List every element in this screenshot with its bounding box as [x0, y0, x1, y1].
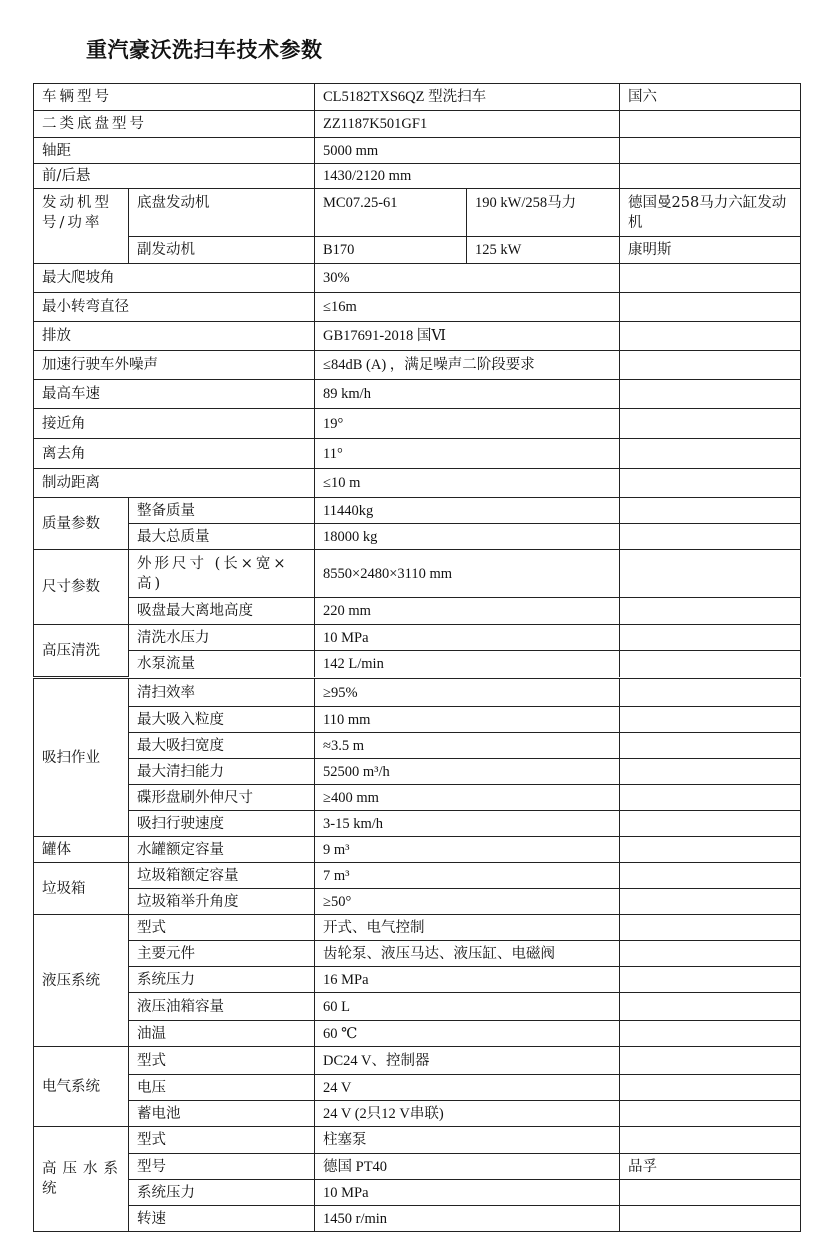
table-row: 接近角 19° [34, 409, 801, 439]
group-label: 质量参数 [34, 498, 129, 550]
row-value: ≈3.5 m [315, 733, 620, 759]
row-label: 排放 [34, 322, 315, 351]
table-row: 油温 60 ℃ [34, 1021, 801, 1047]
row-label: 二类底盘型号 [34, 111, 315, 138]
group-label: 尺寸参数 [34, 550, 129, 625]
engine-power: 125 kW [467, 237, 620, 264]
table-row: 垃圾箱举升角度 ≥50° [34, 889, 801, 915]
row-value: 柱塞泵 [315, 1127, 620, 1154]
table-row: 加速行驶车外噪声 ≤84dB (A) ，满足噪声二阶段要求 [34, 351, 801, 380]
table-row: 最大吸入粒度 110 mm [34, 707, 801, 733]
engine-model: MC07.25-61 [315, 189, 467, 237]
row-label: 液压油箱容量 [129, 993, 315, 1021]
engine-power: 190 kW/258马力 [467, 189, 620, 237]
row-value: 齿轮泵、液压马达、液压缸、电磁阀 [315, 941, 620, 967]
row-note [620, 707, 801, 733]
table-row: 型号 德国 PT40 品孚 [34, 1154, 801, 1180]
row-value: 5000 mm [315, 138, 620, 164]
row-note [620, 941, 801, 967]
row-value: 1430/2120 mm [315, 164, 620, 189]
row-label: 吸盘最大离地高度 [129, 598, 315, 625]
row-value: 3-15 km/h [315, 811, 620, 837]
row-label: 制动距离 [34, 469, 315, 498]
row-value: 10 MPa [315, 1180, 620, 1206]
row-value: 18000 kg [315, 524, 620, 550]
row-value: ≤16m [315, 293, 620, 322]
group-label: 高压水系统 [34, 1127, 129, 1232]
table-row: 垃圾箱 垃圾箱额定容量 7 m³ [34, 863, 801, 889]
row-value: ≥50° [315, 889, 620, 915]
row-label: 最大总质量 [129, 524, 315, 550]
row-value: 30% [315, 264, 620, 293]
engine-sub: 底盘发动机 [129, 189, 315, 237]
group-label: 液压系统 [34, 915, 129, 1047]
row-value: ≥400 mm [315, 785, 620, 811]
row-note [620, 1127, 801, 1154]
row-note [620, 863, 801, 889]
row-value: 1450 r/min [315, 1206, 620, 1232]
table-row: 罐体 水罐额定容量 9 m³ [34, 837, 801, 863]
engine-note: 德国曼258马力六缸发动机 [620, 189, 801, 237]
row-value: ≤10 m [315, 469, 620, 498]
row-label: 碟形盘刷外伸尺寸 [129, 785, 315, 811]
row-value: DC24 V、控制器 [315, 1047, 620, 1075]
table-row: 主要元件 齿轮泵、液压马达、液压缸、电磁阀 [34, 941, 801, 967]
row-label: 整备质量 [129, 498, 315, 524]
row-note [620, 164, 801, 189]
row-note: 国六 [620, 84, 801, 111]
page-title: 重汽豪沃洗扫车技术参数 [86, 34, 323, 64]
table-row: 前/后悬 1430/2120 mm [34, 164, 801, 189]
row-value: 220 mm [315, 598, 620, 625]
row-value: 19° [315, 409, 620, 439]
row-label: 轴距 [34, 138, 315, 164]
row-note [620, 1075, 801, 1101]
row-label: 前/后悬 [34, 164, 315, 189]
spec-table-2: 吸扫作业 清扫效率 ≥95% 最大吸入粒度 110 mm 最大吸扫宽度 ≈3.5… [33, 678, 801, 1232]
group-label: 电气系统 [34, 1047, 129, 1127]
row-label: 系统压力 [129, 967, 315, 993]
row-label: 型式 [129, 1127, 315, 1154]
row-label: 离去角 [34, 439, 315, 469]
row-value: 10 MPa [315, 625, 620, 651]
row-label: 系统压力 [129, 1180, 315, 1206]
row-note [620, 679, 801, 707]
table-row: 吸扫行驶速度 3-15 km/h [34, 811, 801, 837]
row-label: 最高车速 [34, 380, 315, 409]
table-row: 发动机型号/功率 底盘发动机 MC07.25-61 190 kW/258马力 德… [34, 189, 801, 237]
row-note [620, 915, 801, 941]
row-value: 16 MPa [315, 967, 620, 993]
row-value: 德国 PT40 [315, 1154, 620, 1180]
table-row: 液压油箱容量 60 L [34, 993, 801, 1021]
row-label: 清洗水压力 [129, 625, 315, 651]
row-note [620, 785, 801, 811]
table-row: 质量参数 整备质量 11440kg [34, 498, 801, 524]
row-value: 7 m³ [315, 863, 620, 889]
spec-table-1: 车辆型号 CL5182TXS6QZ 型洗扫车 国六 二类底盘型号 ZZ1187K… [33, 83, 801, 677]
table-row: 高压清洗 清洗水压力 10 MPa [34, 625, 801, 651]
row-label: 型式 [129, 915, 315, 941]
row-note [620, 1206, 801, 1232]
row-label: 型式 [129, 1047, 315, 1075]
table-row: 水泵流量 142 L/min [34, 651, 801, 677]
table-row: 最小转弯直径 ≤16m [34, 293, 801, 322]
group-label: 高压清洗 [34, 625, 129, 677]
row-note [620, 759, 801, 785]
row-label: 最大吸扫宽度 [129, 733, 315, 759]
row-value: CL5182TXS6QZ 型洗扫车 [315, 84, 620, 111]
row-value: 11440kg [315, 498, 620, 524]
row-note [620, 889, 801, 915]
table-row: 吸盘最大离地高度 220 mm [34, 598, 801, 625]
row-label: 最大清扫能力 [129, 759, 315, 785]
table-row: 碟形盘刷外伸尺寸 ≥400 mm [34, 785, 801, 811]
table-row: 液压系统 型式 开式、电气控制 [34, 915, 801, 941]
group-label: 垃圾箱 [34, 863, 129, 915]
row-label: 最大吸入粒度 [129, 707, 315, 733]
table-row: 最大总质量 18000 kg [34, 524, 801, 550]
group-label: 吸扫作业 [34, 679, 129, 837]
table-row: 最高车速 89 km/h [34, 380, 801, 409]
row-value: 60 L [315, 993, 620, 1021]
row-note [620, 837, 801, 863]
row-value: ZZ1187K501GF1 [315, 111, 620, 138]
engine-label: 发动机型号/功率 [34, 189, 129, 264]
row-note [620, 733, 801, 759]
table-row: 轴距 5000 mm [34, 138, 801, 164]
table-row: 电压 24 V [34, 1075, 801, 1101]
row-label: 水罐额定容量 [129, 837, 315, 863]
row-note [620, 138, 801, 164]
table-row: 最大吸扫宽度 ≈3.5 m [34, 733, 801, 759]
row-value: 9 m³ [315, 837, 620, 863]
table-row: 最大爬坡角 30% [34, 264, 801, 293]
row-label: 最小转弯直径 [34, 293, 315, 322]
row-label: 外形尺寸 (长×宽× 高) [129, 550, 315, 598]
table-row: 排放 GB17691-2018 国Ⅵ [34, 322, 801, 351]
table-row: 离去角 11° [34, 439, 801, 469]
engine-note: 康明斯 [620, 237, 801, 264]
row-value: 110 mm [315, 707, 620, 733]
row-value: ≤84dB (A) ，满足噪声二阶段要求 [315, 351, 620, 380]
table-row: 系统压力 16 MPa [34, 967, 801, 993]
table-row: 副发动机 B170 125 kW 康明斯 [34, 237, 801, 264]
row-note [620, 1180, 801, 1206]
table-row: 蓄电池 24 V (2只12 V串联) [34, 1101, 801, 1127]
row-label: 蓄电池 [129, 1101, 315, 1127]
table-row: 吸扫作业 清扫效率 ≥95% [34, 679, 801, 707]
row-label: 清扫效率 [129, 679, 315, 707]
table-row: 制动距离 ≤10 m [34, 469, 801, 498]
row-value: 52500 m³/h [315, 759, 620, 785]
row-value: 142 L/min [315, 651, 620, 677]
row-note: 品孚 [620, 1154, 801, 1180]
group-label: 罐体 [34, 837, 129, 863]
table-row: 车辆型号 CL5182TXS6QZ 型洗扫车 国六 [34, 84, 801, 111]
table-row: 高压水系统 型式 柱塞泵 [34, 1127, 801, 1154]
row-note [620, 111, 801, 138]
row-label: 加速行驶车外噪声 [34, 351, 315, 380]
row-label: 主要元件 [129, 941, 315, 967]
row-label: 电压 [129, 1075, 315, 1101]
row-value: ≥95% [315, 679, 620, 707]
row-label: 型号 [129, 1154, 315, 1180]
row-label: 接近角 [34, 409, 315, 439]
row-note [620, 811, 801, 837]
table-row: 系统压力 10 MPa [34, 1180, 801, 1206]
row-value: 24 V [315, 1075, 620, 1101]
row-note [620, 1047, 801, 1075]
table-row: 尺寸参数 外形尺寸 (长×宽× 高) 8550×2480×3110 mm [34, 550, 801, 598]
table-row: 电气系统 型式 DC24 V、控制器 [34, 1047, 801, 1075]
row-label: 垃圾箱举升角度 [129, 889, 315, 915]
row-value: 开式、电气控制 [315, 915, 620, 941]
row-value: 8550×2480×3110 mm [315, 550, 620, 598]
row-label: 最大爬坡角 [34, 264, 315, 293]
row-label: 垃圾箱额定容量 [129, 863, 315, 889]
engine-model: B170 [315, 237, 467, 264]
row-note [620, 1021, 801, 1047]
row-value: 89 km/h [315, 380, 620, 409]
engine-sub: 副发动机 [129, 237, 315, 264]
table-row: 二类底盘型号 ZZ1187K501GF1 [34, 111, 801, 138]
row-value: 24 V (2只12 V串联) [315, 1101, 620, 1127]
row-note [620, 967, 801, 993]
table-row: 最大清扫能力 52500 m³/h [34, 759, 801, 785]
row-label: 水泵流量 [129, 651, 315, 677]
row-label: 车辆型号 [34, 84, 315, 111]
row-note [620, 993, 801, 1021]
row-label: 吸扫行驶速度 [129, 811, 315, 837]
row-value: GB17691-2018 国Ⅵ [315, 322, 620, 351]
row-note [620, 1101, 801, 1127]
row-label: 油温 [129, 1021, 315, 1047]
table-row: 转速 1450 r/min [34, 1206, 801, 1232]
row-label: 转速 [129, 1206, 315, 1232]
row-value: 60 ℃ [315, 1021, 620, 1047]
row-value: 11° [315, 439, 620, 469]
